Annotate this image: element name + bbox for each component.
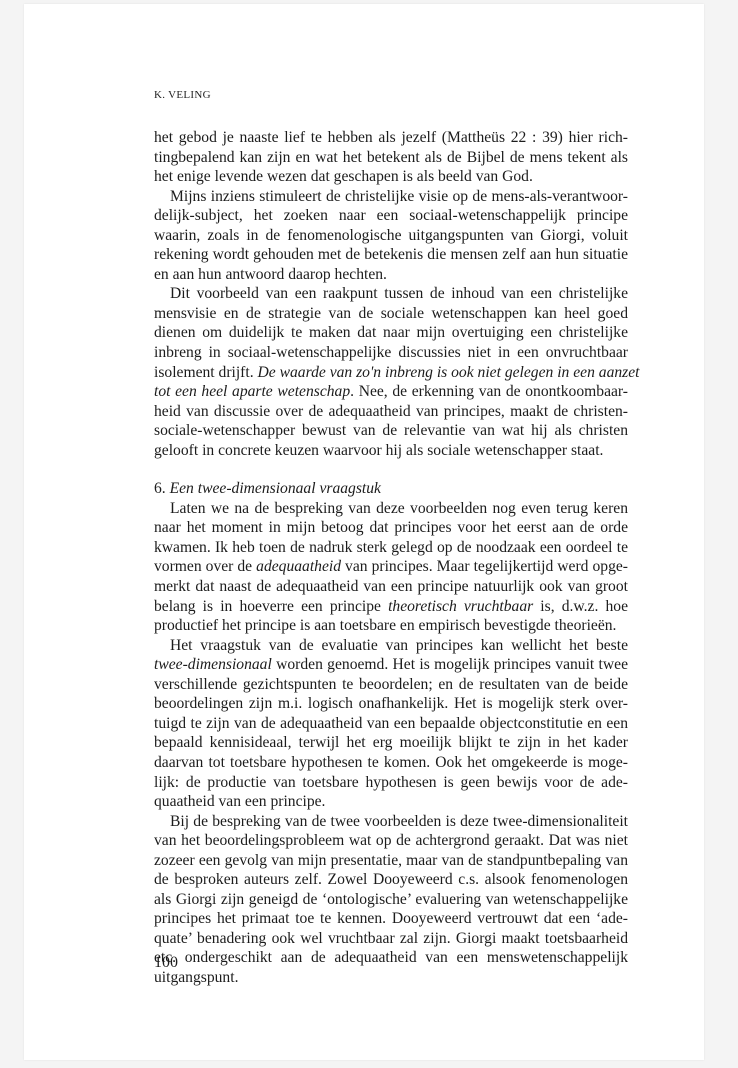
text-run: lijk: de productie van toetsbare hypothe… [154, 774, 628, 791]
text-line: waarin, zoals in de fenomenologische uit… [154, 226, 628, 246]
text-line: naar het moment in mijn betoog dat princ… [154, 518, 628, 538]
text-run: . Nee, de erkenning van de onontkoombaar… [350, 383, 628, 400]
text-line: Laten we na de bespreking van deze voorb… [154, 499, 628, 519]
text-line: tuigd te zijn van de adequaatheid van ee… [154, 714, 628, 734]
text-run: als Giorgi zijn geneigd de ‘ontologische… [154, 891, 628, 908]
text-run: belang is in hoeverre een principe [154, 598, 388, 615]
paragraph: Laten we na de bespreking van deze voorb… [154, 499, 628, 636]
text-run: naar het moment in mijn betoog dat princ… [154, 519, 628, 536]
text-line: en aan hun antwoord daarop hechten. [154, 265, 628, 285]
body-text: het gebod je naaste lief te hebben als j… [154, 128, 628, 988]
text-line: etc. ondergeschikt aan de adequaatheid v… [154, 948, 628, 968]
text-line: delijk-subject, het zoeken naar een soci… [154, 206, 628, 226]
text-run: principes het primaat toe te kennen. Doo… [154, 910, 628, 927]
text-run: de besproken auteurs zelf. Zowel Dooyewe… [154, 871, 628, 888]
text-run: vormen over de [154, 558, 256, 575]
text-line: productief het principe is aan toetsbare… [154, 616, 628, 636]
text-run: tuigd te zijn van de adequaatheid van ee… [154, 715, 628, 732]
text-run: het enige levende wezen dat geschapen is… [154, 168, 533, 185]
text-run: Het vraagstuk van de evaluatie van princ… [170, 637, 628, 654]
text-line: gelooft in concrete keuzen waarvoor hij … [154, 441, 628, 461]
text-line: Dit voorbeeld van een raakpunt tussen de… [154, 284, 628, 304]
italic-text: tot een heel aparte wetenschap [154, 383, 350, 400]
text-line: tingbepalend kan zijn en wat het beteken… [154, 148, 628, 168]
text-run: bepaald kennisideaal, terwijl het erg mo… [154, 734, 628, 751]
paragraph: Bij de bespreking van de twee voorbeelde… [154, 812, 628, 988]
text-run: is, d.w.z. hoe [533, 598, 628, 615]
text-run: van principes. Maar tegelijkertijd werd … [341, 558, 628, 575]
text-run: Laten we na de bespreking van deze voorb… [170, 500, 628, 517]
text-run: kwamen. Ik heb toen de nadruk sterk gele… [154, 539, 628, 556]
text-run: gelooft in concrete keuzen waarvoor hij … [154, 442, 603, 459]
text-run: quaatheid van een principe. [154, 793, 325, 810]
paragraph: Dit voorbeeld van een raakpunt tussen de… [154, 284, 628, 460]
page-number: 100 [154, 954, 178, 972]
text-line: sociale-wetenschapper bewust van de rele… [154, 421, 628, 441]
section-title: Een twee-dimensionaal vraagstuk [170, 480, 381, 497]
text-line: zozeer een gevolg van mijn presentatie, … [154, 851, 628, 871]
text-line: Het vraagstuk van de evaluatie van princ… [154, 636, 628, 656]
italic-text: De waarde van zo'n inbreng is ook niet g… [258, 364, 640, 381]
text-run: daarvan tot toetsbare hypothesen te kome… [154, 754, 628, 771]
text-line: rekening wordt gehouden met de betekenis… [154, 245, 628, 265]
text-run: worden genoemd. Het is mogelijk principe… [272, 656, 628, 673]
text-run: heid van discussie over de adequaatheid … [154, 403, 628, 420]
text-line: quate’ benadering ook wel vruchtbaar zal… [154, 929, 628, 949]
text-line: Bij de bespreking van de twee voorbeelde… [154, 812, 628, 832]
text-run: en aan hun antwoord daarop hechten. [154, 266, 387, 283]
paragraph: Het vraagstuk van de evaluatie van princ… [154, 636, 628, 812]
paragraph: Mijns inziens stimuleert de christelijke… [154, 187, 628, 285]
text-run: etc. ondergeschikt aan de adequaatheid v… [154, 949, 628, 966]
text-run: beoordelingen zijn m.i. logisch onafhank… [154, 695, 628, 712]
text-run: waarin, zoals in de fenomenologische uit… [154, 227, 628, 244]
text-line: van het beoordelingsprobleem wat op de a… [154, 831, 628, 851]
text-run: quate’ benadering ook wel vruchtbaar zal… [154, 930, 628, 947]
paragraph: het gebod je naaste lief te hebben als j… [154, 128, 628, 187]
text-run: dienen om duidelijk te maken dat naar mi… [154, 324, 628, 341]
text-line: kwamen. Ik heb toen de nadruk sterk gele… [154, 538, 628, 558]
text-line: verschillende gezichtspunten te beoordel… [154, 675, 628, 695]
running-head: K. VELING [154, 89, 211, 101]
text-run: zozeer een gevolg van mijn presentatie, … [154, 852, 628, 869]
text-run: het gebod je naaste lief te hebben als j… [154, 129, 628, 146]
text-run: inbreng in sociaal-wetenschappelijke dis… [154, 344, 628, 361]
text-line: het enige levende wezen dat geschapen is… [154, 167, 628, 187]
text-line: twee-dimensionaal worden genoemd. Het is… [154, 655, 628, 675]
text-line: daarvan tot toetsbare hypothesen te kome… [154, 753, 628, 773]
text-line: beoordelingen zijn m.i. logisch onafhank… [154, 694, 628, 714]
section-heading: 6. Een twee-dimensionaal vraagstuk [154, 479, 628, 499]
text-run: delijk-subject, het zoeken naar een soci… [154, 207, 628, 224]
text-line: mensvisie en de strategie van de sociale… [154, 304, 628, 324]
text-run: Mijns inziens stimuleert de christelijke… [170, 188, 628, 205]
text-line: als Giorgi zijn geneigd de ‘ontologische… [154, 890, 628, 910]
text-line: Mijns inziens stimuleert de christelijke… [154, 187, 628, 207]
text-line: merkt dat naast de adequaatheid van een … [154, 577, 628, 597]
text-run: Bij de bespreking van de twee voorbeelde… [170, 813, 628, 830]
text-run: isolement drijft. [154, 364, 258, 381]
text-run: tingbepalend kan zijn en wat het beteken… [154, 149, 628, 166]
text-line: inbreng in sociaal-wetenschappelijke dis… [154, 343, 628, 363]
text-run: rekening wordt gehouden met de betekenis… [154, 246, 628, 263]
italic-text: adequaatheid [256, 558, 341, 575]
text-line: principes het primaat toe te kennen. Doo… [154, 909, 628, 929]
document-page: K. VELING het gebod je naaste lief te he… [24, 4, 704, 1060]
text-line: tot een heel aparte wetenschap. Nee, de … [154, 382, 628, 402]
text-line: het gebod je naaste lief te hebben als j… [154, 128, 628, 148]
text-run: merkt dat naast de adequaatheid van een … [154, 578, 628, 595]
text-line: uitgangspunt. [154, 968, 628, 988]
italic-text: twee-dimensionaal [154, 656, 272, 673]
text-run: Dit voorbeeld van een raakpunt tussen de… [170, 285, 628, 302]
italic-text: theoretisch vruchtbaar [388, 598, 533, 615]
text-line: heid van discussie over de adequaatheid … [154, 402, 628, 422]
text-line: quaatheid van een principe. [154, 792, 628, 812]
text-run: mensvisie en de strategie van de sociale… [154, 305, 628, 322]
text-line: isolement drijft. De waarde van zo'n inb… [154, 363, 628, 383]
text-line: belang is in hoeverre een principe theor… [154, 597, 628, 617]
text-line: dienen om duidelijk te maken dat naar mi… [154, 323, 628, 343]
text-line: vormen over de adequaatheid van principe… [154, 557, 628, 577]
section-number: 6. [154, 480, 166, 497]
text-run: verschillende gezichtspunten te beoordel… [154, 676, 628, 693]
text-line: lijk: de productie van toetsbare hypothe… [154, 773, 628, 793]
text-line: bepaald kennisideaal, terwijl het erg mo… [154, 733, 628, 753]
text-run: sociale-wetenschapper bewust van de rele… [154, 422, 628, 439]
text-run: van het beoordelingsprobleem wat op de a… [154, 832, 628, 849]
text-line: de besproken auteurs zelf. Zowel Dooyewe… [154, 870, 628, 890]
text-run: productief het principe is aan toetsbare… [154, 617, 616, 634]
